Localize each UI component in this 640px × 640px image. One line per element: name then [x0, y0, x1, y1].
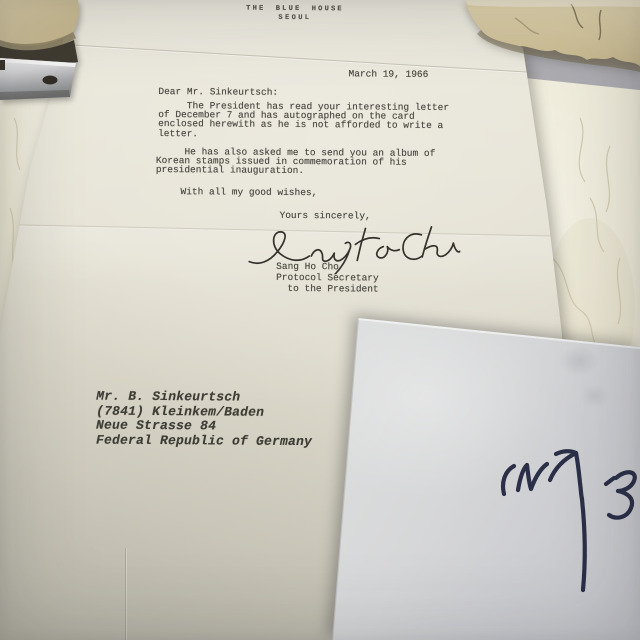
card-edge-highlight [358, 318, 640, 349]
signature-block: Sang Ho ChoProtocol Secretary to the Pre… [276, 261, 379, 295]
good-wishes-line: With all my good wishes, [158, 187, 318, 197]
blade-hole [43, 76, 58, 85]
card-smudge [558, 346, 600, 376]
photo-scene: THE BLUE HOUSE SEOUL March 19, 1966 Dear… [0, 0, 640, 640]
recipient-address: Mr. B. Sinkeurtsch(7841) Kleinkem/BadenN… [96, 390, 312, 450]
autograph-card-wrap [332, 318, 640, 640]
text-line: to the President [276, 283, 379, 295]
text-line: Protocol Secretary [276, 272, 379, 284]
paragraph-2: He has also asked me to send you an albu… [156, 147, 436, 177]
autograph-signature [492, 438, 640, 608]
salutation: Dear Mr. Sinkeurtsch: [158, 87, 278, 97]
closing-line: Yours sincerely, [280, 211, 371, 221]
kraft-paper-top-right [455, 0, 640, 100]
letterhead-line1: THE BLUE HOUSE [215, 4, 375, 13]
letterhead-line2: SEOUL [215, 13, 375, 22]
text-line: Federal Republic of Germany [96, 434, 312, 450]
blade-notch [0, 60, 5, 70]
card-edge-shade [331, 318, 359, 640]
metal-blade [0, 58, 76, 100]
card-smudge [580, 384, 610, 408]
autograph-card [332, 318, 640, 640]
kraft-paper-top-left [0, 0, 100, 170]
text-line: enclosed herewith as he is not afforded … [158, 119, 449, 130]
letter-date: March 19, 1966 [349, 69, 429, 79]
paragraph-1: The President has read your interesting … [158, 101, 449, 140]
text-line: Sang Ho Cho [276, 261, 379, 273]
